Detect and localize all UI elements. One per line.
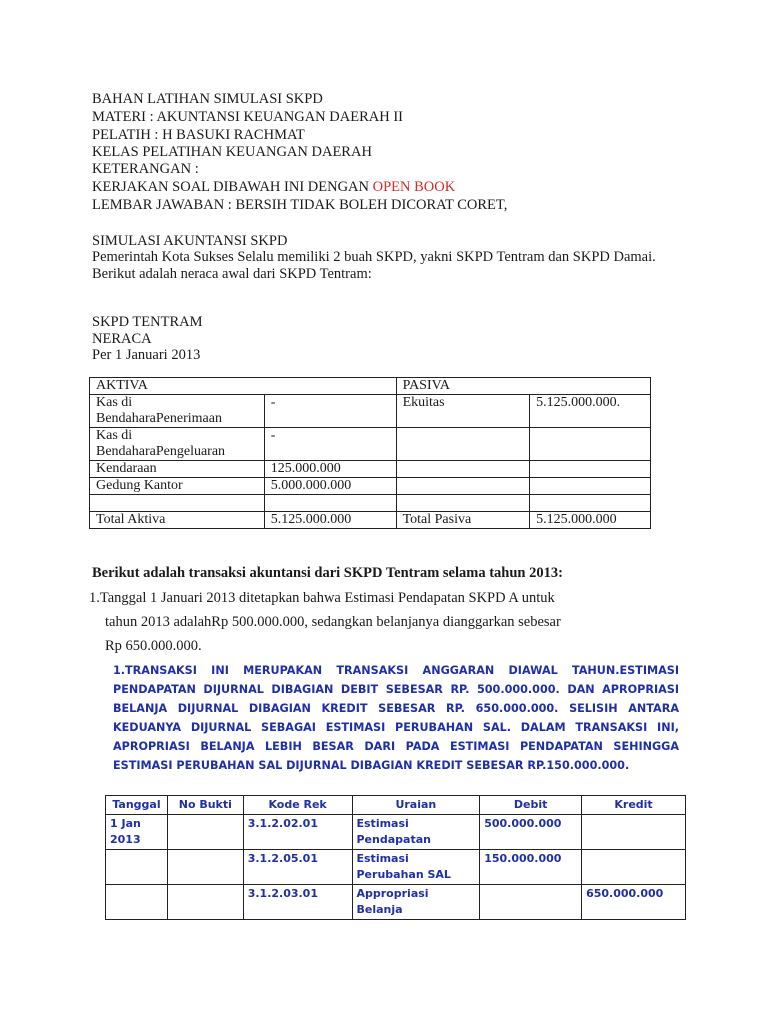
statement-date: Per 1 Januari 2013 (92, 346, 200, 364)
cell-tanggal: 1 Jan 2013 (106, 815, 168, 850)
balance-sheet-table: AKTIVA PASIVA Kas di BendaharaPenerimaan… (89, 377, 651, 529)
table-row: Gedung Kantor 5.000.000.000 (90, 478, 651, 495)
table-row (90, 495, 651, 512)
cell-uraian: Estimasi Pendapatan (352, 815, 480, 850)
table-row: Kas di BendaharaPengeluaran - (90, 428, 651, 461)
cell-kode-rek: 3.1.2.02.01 (243, 815, 352, 850)
pasiva-header: PASIVA (396, 378, 650, 395)
pasiva-value (530, 428, 651, 461)
cell-kredit (582, 850, 686, 885)
aktiva-value: - (264, 395, 396, 428)
cell-debit: 500.000.000 (480, 815, 582, 850)
aktiva-value (264, 495, 396, 512)
column-header: Kredit (582, 796, 686, 815)
column-header: Debit (480, 796, 582, 815)
header-line: PELATIH : H BASUKI RACHMAT (92, 126, 305, 144)
intro-paragraph: Berikut adalah neraca awal dari SKPD Ten… (92, 265, 372, 283)
aktiva-header: AKTIVA (90, 378, 397, 395)
instruction-text: KERJAKAN SOAL DIBAWAH INI DENGAN (92, 179, 373, 195)
transactions-heading: Berikut adalah transaksi akuntansi dari … (92, 564, 563, 582)
answer-explanation: 1.TRANSAKSI INI MERUPAKAN TRANSAKSI ANGG… (113, 661, 679, 775)
header-line: MATERI : AKUNTANSI KEUANGAN DAERAH II (92, 108, 403, 126)
pasiva-value (530, 461, 651, 478)
aktiva-label: Kas di BendaharaPengeluaran (90, 428, 265, 461)
table-row: Kas di BendaharaPenerimaan - Ekuitas 5.1… (90, 395, 651, 428)
pasiva-label (396, 495, 530, 512)
cell-tanggal (106, 850, 168, 885)
pasiva-label (396, 461, 530, 478)
entity-name: SKPD TENTRAM (92, 313, 203, 331)
answer-sheet-rule: LEMBAR JAWABAN : BERSIH TIDAK BOLEH DICO… (92, 196, 507, 214)
column-header: Kode Rek (243, 796, 352, 815)
aktiva-value: 5.000.000.000 (264, 478, 396, 495)
cell-kode-rek: 3.1.2.03.01 (243, 885, 352, 920)
journal-row: 1 Jan 2013 3.1.2.02.01 Estimasi Pendapat… (106, 815, 686, 850)
total-aktiva-label: Total Aktiva (90, 512, 265, 529)
document-page: BAHAN LATIHAN SIMULASI SKPD MATERI : AKU… (0, 0, 768, 1024)
pasiva-label (396, 478, 530, 495)
total-pasiva-value: 5.125.000.000 (530, 512, 651, 529)
column-header: Uraian (352, 796, 480, 815)
cell-debit (480, 885, 582, 920)
aktiva-value: 125.000.000 (264, 461, 396, 478)
table-header-row: AKTIVA PASIVA (90, 378, 651, 395)
instruction-line: KERJAKAN SOAL DIBAWAH INI DENGAN OPEN BO… (92, 178, 455, 196)
pasiva-value (530, 495, 651, 512)
cell-uraian: Appropriasi Belanja (352, 885, 480, 920)
header-line: KETERANGAN : (92, 160, 199, 178)
total-aktiva-value: 5.125.000.000 (264, 512, 396, 529)
transaction-item: 1.Tanggal 1 Januari 2013 ditetapkan bahw… (89, 589, 555, 607)
total-pasiva-label: Total Pasiva (396, 512, 530, 529)
header-line: KELAS PELATIHAN KEUANGAN DAERAH (92, 143, 372, 161)
cell-no-bukti (167, 815, 243, 850)
cell-kredit: 650.000.000 (582, 885, 686, 920)
aktiva-value: - (264, 428, 396, 461)
cell-no-bukti (167, 850, 243, 885)
cell-debit: 150.000.000 (480, 850, 582, 885)
transaction-item: Rp 650.000.000. (105, 637, 202, 655)
pasiva-value: 5.125.000.000. (530, 395, 651, 428)
aktiva-label (90, 495, 265, 512)
aktiva-label: Gedung Kantor (90, 478, 265, 495)
intro-paragraph: Pemerintah Kota Sukses Selalu memiliki 2… (92, 248, 656, 266)
journal-row: 3.1.2.05.01 Estimasi Perubahan SAL 150.0… (106, 850, 686, 885)
aktiva-label: Kas di BendaharaPenerimaan (90, 395, 265, 428)
transaction-item: tahun 2013 adalahRp 500.000.000, sedangk… (105, 613, 561, 631)
column-header: Tanggal (106, 796, 168, 815)
pasiva-label: Ekuitas (396, 395, 530, 428)
column-header: No Bukti (167, 796, 243, 815)
total-row: Total Aktiva 5.125.000.000 Total Pasiva … (90, 512, 651, 529)
header-line: BAHAN LATIHAN SIMULASI SKPD (92, 90, 323, 108)
journal-table: Tanggal No Bukti Kode Rek Uraian Debit K… (105, 795, 686, 920)
journal-row: 3.1.2.03.01 Appropriasi Belanja 650.000.… (106, 885, 686, 920)
pasiva-value (530, 478, 651, 495)
journal-header-row: Tanggal No Bukti Kode Rek Uraian Debit K… (106, 796, 686, 815)
table-row: Kendaraan 125.000.000 (90, 461, 651, 478)
open-book-highlight: OPEN BOOK (373, 179, 456, 195)
cell-uraian: Estimasi Perubahan SAL (352, 850, 480, 885)
aktiva-label: Kendaraan (90, 461, 265, 478)
cell-kredit (582, 815, 686, 850)
cell-tanggal (106, 885, 168, 920)
pasiva-label (396, 428, 530, 461)
cell-no-bukti (167, 885, 243, 920)
cell-kode-rek: 3.1.2.05.01 (243, 850, 352, 885)
